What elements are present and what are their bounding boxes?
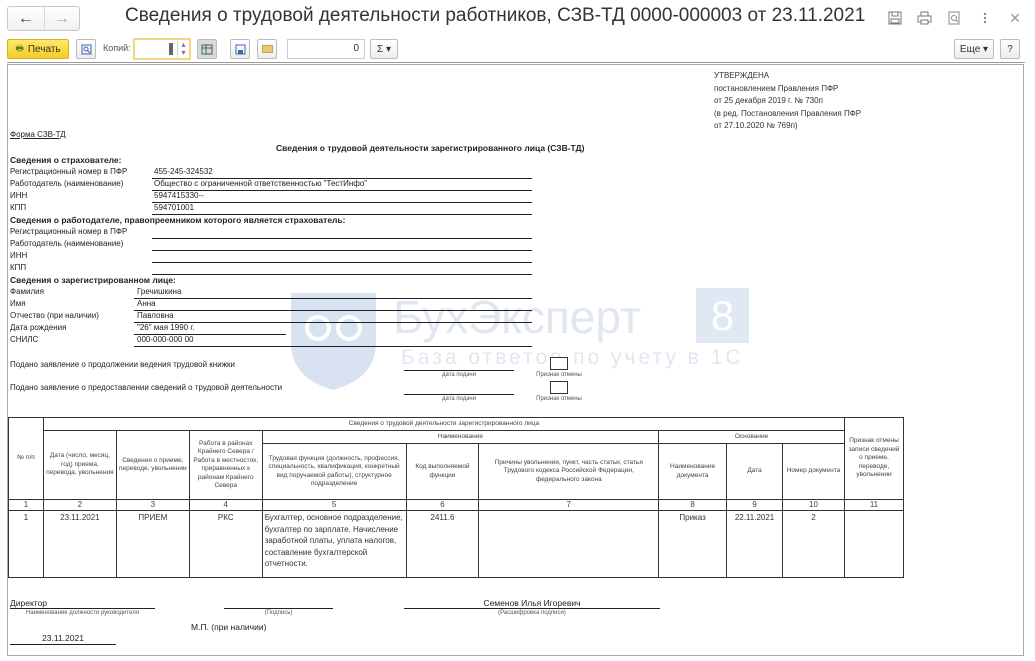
copies-label: Копий:	[103, 43, 131, 53]
header-docname: Наименование документа	[659, 444, 727, 500]
underline	[152, 250, 532, 251]
more-actions-button[interactable]: Еще ▾	[954, 39, 994, 59]
header-info: Сведения о приеме, переводе, увольнении	[116, 431, 189, 500]
column-numbers-row: 1 2 3 4 5 6 7 8 9 10 11	[9, 500, 904, 511]
statement-info-label: Подано заявление о предоставлении сведен…	[10, 383, 282, 393]
more-icon[interactable]	[976, 9, 994, 27]
signer-position: Директор	[10, 598, 47, 608]
person-patronymic: Павловна	[137, 311, 174, 321]
field-label: Имя	[10, 299, 26, 309]
cancel-checkbox[interactable]	[550, 357, 568, 370]
header-docdate: Дата	[727, 444, 783, 500]
sum-button[interactable]: Σ ▾	[370, 39, 398, 59]
title-bar: ← → Сведения о трудовой деятельности раб…	[0, 0, 1035, 36]
copies-stepper[interactable]: ▴▾	[177, 41, 189, 57]
header-basis-group: Основание	[659, 431, 845, 444]
underline	[134, 346, 532, 347]
spreadsheet-document[interactable]: БухЭксперт 8 База ответов по учету в 1С …	[7, 64, 1024, 656]
watermark-tagline: База ответов по учету в 1С	[401, 346, 744, 370]
field-label: Регистрационный номер в ПФР	[10, 167, 127, 177]
table-row: 1 23.11.2021 ПРИЕМ РКС Бухгалтер, основн…	[9, 511, 904, 578]
field-label: Дата рождения	[10, 323, 66, 333]
person-surname: Гречишкина	[137, 287, 181, 297]
close-icon[interactable]: ✕	[1006, 9, 1024, 27]
cell-north[interactable]: РКС	[189, 511, 262, 578]
preview-icon[interactable]	[945, 9, 963, 27]
underline	[134, 310, 532, 311]
header-name-group: Наименование	[262, 431, 658, 444]
person-section-title: Сведения о зарегистрированном лице:	[10, 275, 176, 285]
cell-reason[interactable]	[479, 511, 659, 578]
underline	[152, 202, 532, 203]
header-cancel: Признак отмены записи сведений о приеме,…	[844, 418, 903, 500]
cell-docname[interactable]: Приказ	[659, 511, 727, 578]
table-settings-icon	[201, 44, 213, 55]
predecessor-section-title: Сведения о работодателе, правопреемником…	[10, 215, 346, 225]
cell-code[interactable]: 2411.6	[406, 511, 479, 578]
underline	[152, 238, 532, 239]
header-date: Дата (число, месяц, год) приема, перевод…	[43, 431, 116, 500]
save-icon[interactable]	[886, 9, 904, 27]
underline	[134, 298, 532, 299]
name-caption: (Расшифровка подписи)	[404, 610, 660, 616]
header-group: Сведения о трудовой деятельности зарегис…	[43, 418, 844, 431]
insurer-inn: 5947415330--	[154, 191, 204, 201]
field-label: СНИЛС	[10, 335, 38, 345]
cell-function[interactable]: Бухгалтер, основное подразделение, бухга…	[262, 511, 406, 578]
column-number: 7	[479, 500, 659, 511]
field-label: Отчество (при наличии)	[10, 311, 99, 321]
approval-block: УТВЕРЖДЕНА постановлением Правления ПФР …	[714, 70, 861, 133]
signature-caption: (Подпись)	[224, 610, 333, 616]
text-cursor	[169, 43, 173, 55]
column-number: 5	[262, 500, 406, 511]
underline	[10, 644, 116, 645]
field-label: ИНН	[10, 191, 27, 201]
toolbar: 🖶 Печать Копий: ▴▾ 0 Σ ▾ Еще ▾ ?	[0, 36, 1035, 62]
insurer-section-title: Сведения о страхователе:	[10, 155, 121, 165]
field-label: КПП	[10, 263, 26, 273]
magnifier-icon	[81, 44, 92, 55]
help-button[interactable]: ?	[1000, 39, 1020, 59]
print-icon[interactable]	[915, 9, 933, 27]
person-snils: 000-000-000 00	[137, 335, 194, 345]
envelope-icon	[262, 45, 273, 53]
insurer-pfr-number: 455-245-324532	[154, 167, 213, 177]
column-number: 3	[116, 500, 189, 511]
header-no: № п/п	[9, 418, 44, 500]
cancel-caption: Признак отмены	[526, 372, 592, 378]
toolbar-divider	[7, 62, 1025, 63]
cell-no[interactable]: 1	[9, 511, 44, 578]
cell-docdate[interactable]: 22.11.2021	[727, 511, 783, 578]
insurer-kpp: 594701001	[154, 203, 194, 213]
signature-date: 23.11.2021	[10, 633, 116, 643]
floppy-icon	[235, 44, 246, 55]
back-button[interactable]: ←	[8, 7, 44, 30]
arrow-right-icon: →	[54, 10, 70, 28]
activity-table: № п/п Сведения о трудовой деятельности з…	[8, 417, 904, 578]
navigation-group: ← →	[7, 6, 80, 31]
column-number: 6	[406, 500, 479, 511]
column-number: 1	[9, 500, 44, 511]
field-label: ИНН	[10, 251, 27, 261]
stamp-label: М.П. (при наличии)	[191, 622, 266, 632]
cell-cancel[interactable]	[844, 511, 903, 578]
column-number: 8	[659, 500, 727, 511]
field-label: Работодатель (наименование)	[10, 179, 123, 189]
underline	[404, 394, 514, 395]
watermark-badge: 8	[696, 288, 749, 343]
statement-workbook-label: Подано заявление о продолжении ведения т…	[10, 360, 235, 370]
cancel-checkbox[interactable]	[550, 381, 568, 394]
forward-button[interactable]: →	[44, 7, 80, 30]
arrow-left-icon: ←	[18, 10, 34, 28]
printer-icon: 🖶	[15, 41, 24, 57]
page-title: Сведения о трудовой деятельности работни…	[125, 5, 865, 27]
cell-date[interactable]: 23.11.2021	[43, 511, 116, 578]
person-birthdate: "26" мая 1990 г.	[137, 323, 195, 333]
cell-docnum[interactable]: 2	[783, 511, 845, 578]
save-button[interactable]	[230, 39, 250, 59]
header-north: Работа в районах Крайнего Севера / Работ…	[189, 431, 262, 500]
date-caption: дата подачи	[404, 372, 514, 378]
column-number: 2	[43, 500, 116, 511]
underline	[152, 274, 532, 275]
field-label: Работодатель (наименование)	[10, 239, 123, 249]
copies-input[interactable]: ▴▾	[133, 38, 191, 60]
column-number: 11	[844, 500, 903, 511]
underline	[152, 190, 532, 191]
insurer-name: Общество с ограниченной ответственностью…	[154, 179, 367, 189]
column-number: 4	[189, 500, 262, 511]
form-heading: Сведения о трудовой деятельности зарегис…	[276, 143, 584, 153]
cancel-caption: Признак отмены	[526, 396, 592, 402]
header-code: Код выполняемой функции	[406, 444, 479, 500]
form-name: Форма СЗВ-ТД	[10, 130, 66, 140]
field-label: КПП	[10, 203, 26, 213]
email-button[interactable]	[257, 39, 277, 59]
header-docnum: Номер документа	[783, 444, 845, 500]
person-name: Анна	[137, 299, 156, 309]
number-field[interactable]: 0	[287, 39, 365, 59]
header-function: Трудовая функция (должность, профессия, …	[262, 444, 406, 500]
underline	[404, 370, 514, 371]
cell-info[interactable]: ПРИЕМ	[116, 511, 189, 578]
signature-line	[224, 608, 333, 609]
field-label: Фамилия	[10, 287, 44, 297]
underline	[10, 608, 155, 609]
column-number: 9	[727, 500, 783, 511]
date-caption: дата подачи	[404, 396, 514, 402]
underline	[152, 262, 532, 263]
print-button[interactable]: 🖶 Печать	[7, 39, 69, 59]
column-number: 10	[783, 500, 845, 511]
signer-name: Семенов Илья Игоревич	[404, 598, 660, 608]
underline	[404, 608, 660, 609]
preview-button[interactable]	[76, 39, 96, 59]
position-caption: Наименование должности руководителя	[10, 610, 155, 616]
settings-button[interactable]	[197, 39, 217, 59]
header-reason: Причины увольнения, пункт, часть статьи,…	[479, 444, 659, 500]
field-label: Регистрационный номер в ПФР	[10, 227, 127, 237]
owl-logo-watermark	[286, 288, 381, 393]
